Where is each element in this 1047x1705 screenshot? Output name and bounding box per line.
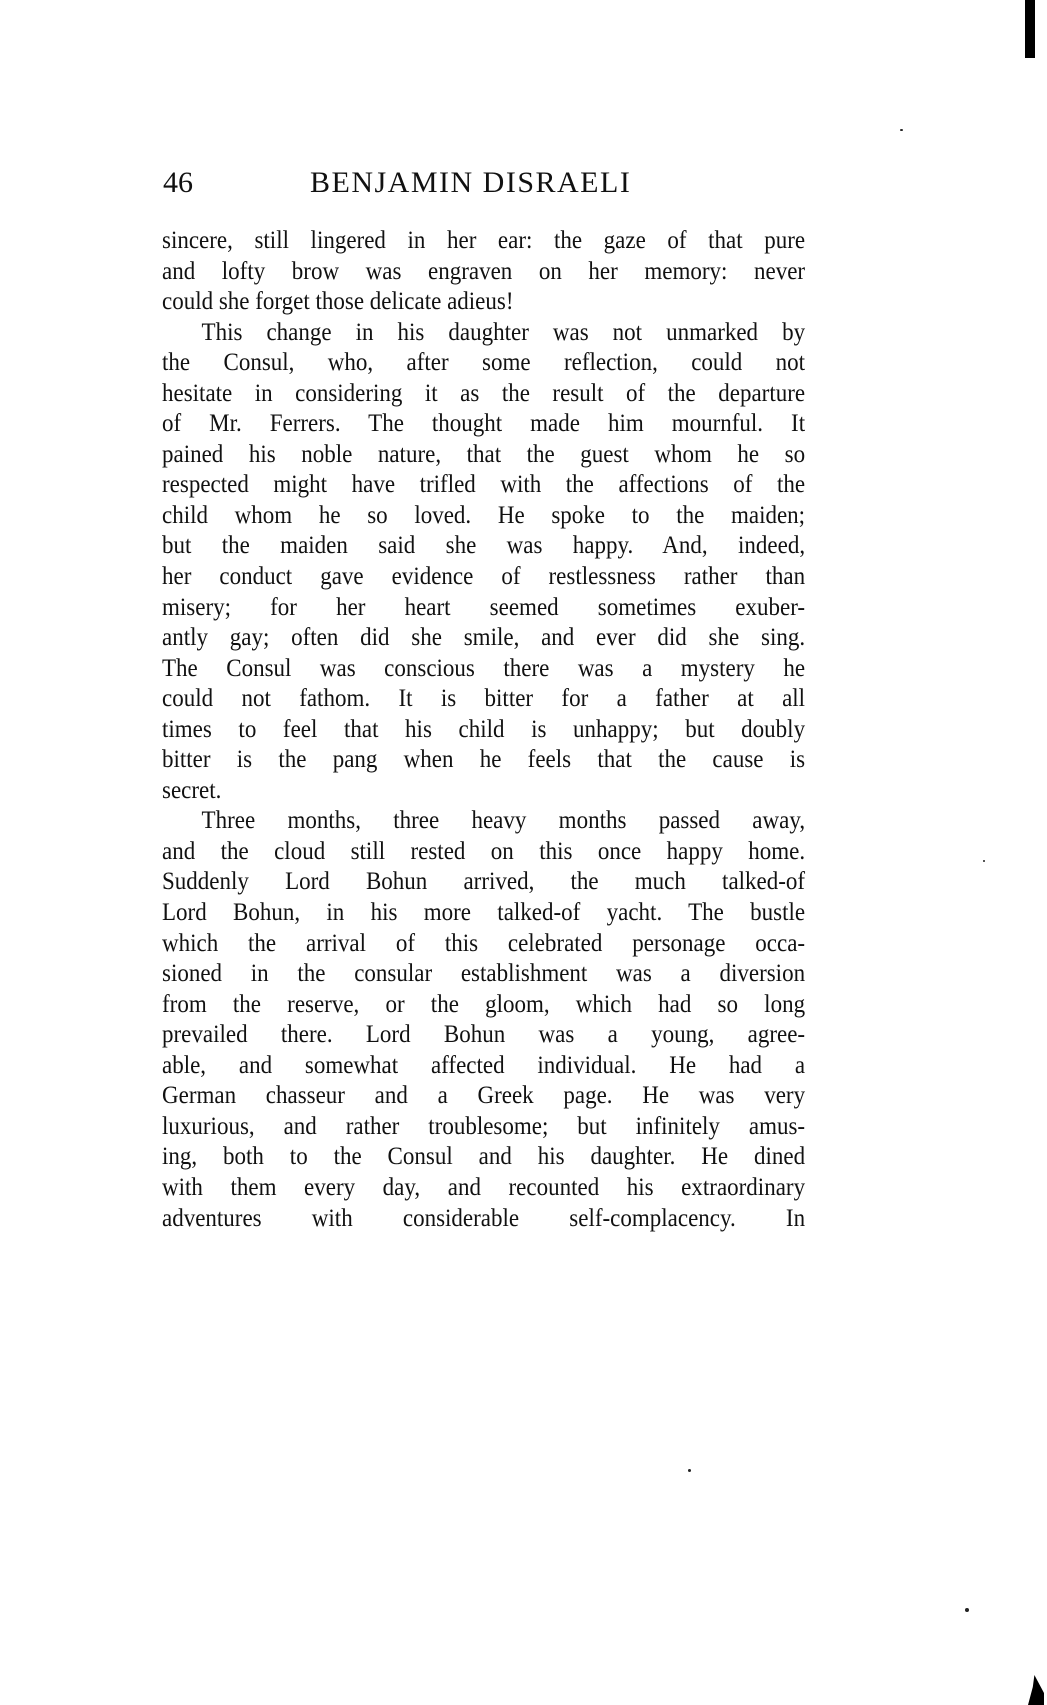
scan-edge-artifact-top bbox=[1025, 0, 1035, 58]
text-line: luxurious, and rather troublesome; but i… bbox=[162, 1112, 805, 1143]
text-line: misery; for her heart seemed sometimes e… bbox=[162, 593, 805, 624]
text-line: the Consul, who, after some reflection, … bbox=[162, 348, 805, 379]
text-line: prevailed there. Lord Bohun was a young,… bbox=[162, 1020, 805, 1051]
text-line: Three months, three heavy months passed … bbox=[162, 806, 805, 837]
text-line: pained his noble nature, that the guest … bbox=[162, 440, 805, 471]
text-line: child whom he so loved. He spoke to the … bbox=[162, 501, 805, 532]
body-text: sincere, still lingered in her ear: the … bbox=[162, 226, 805, 1234]
text-line: her conduct gave evidence of restlessnes… bbox=[162, 562, 805, 593]
text-line: The Consul was conscious there was a mys… bbox=[162, 654, 805, 685]
scan-speck bbox=[965, 1608, 969, 1612]
text-line: with them every day, and recounted his e… bbox=[162, 1173, 805, 1204]
page-number: 46 bbox=[163, 166, 193, 200]
text-line: antly gay; often did she smile, and ever… bbox=[162, 623, 805, 654]
text-line: which the arrival of this celebrated per… bbox=[162, 929, 805, 960]
text-line: from the reserve, or the gloom, which ha… bbox=[162, 990, 805, 1021]
text-line: sioned in the consular establishment was… bbox=[162, 959, 805, 990]
text-line: bitter is the pang when he feels that th… bbox=[162, 745, 805, 776]
scan-speck bbox=[900, 129, 903, 131]
text-line: of Mr. Ferrers. The thought made him mou… bbox=[162, 409, 805, 440]
text-line: adventures with considerable self-compla… bbox=[162, 1204, 805, 1235]
text-line: times to feel that his child is unhappy;… bbox=[162, 715, 805, 746]
text-line: able, and somewhat affected individual. … bbox=[162, 1051, 805, 1082]
text-line: secret. bbox=[162, 776, 805, 807]
text-line: respected might have trifled with the af… bbox=[162, 470, 805, 501]
text-line: German chasseur and a Greek page. He was… bbox=[162, 1081, 805, 1112]
text-line: but the maiden said she was happy. And, … bbox=[162, 531, 805, 562]
text-line: This change in his daughter was not unma… bbox=[162, 318, 805, 349]
text-line: sincere, still lingered in her ear: the … bbox=[162, 226, 805, 257]
text-line: Suddenly Lord Bohun arrived, the much ta… bbox=[162, 867, 805, 898]
scan-speck bbox=[983, 860, 985, 862]
text-line: could she forget those delicate adieus! bbox=[162, 287, 805, 318]
running-head: BENJAMIN DISRAELI bbox=[310, 166, 631, 200]
text-line: ing, both to the Consul and his daughter… bbox=[162, 1142, 805, 1173]
text-line: and the cloud still rested on this once … bbox=[162, 837, 805, 868]
text-line: Lord Bohun, in his more talked-of yacht.… bbox=[162, 898, 805, 929]
scan-edge-artifact-bottom bbox=[1028, 1675, 1044, 1705]
text-line: could not fathom. It is bitter for a fat… bbox=[162, 684, 805, 715]
text-line: and lofty brow was engraven on her memor… bbox=[162, 257, 805, 288]
text-line: hesitate in considering it as the result… bbox=[162, 379, 805, 410]
scan-speck bbox=[688, 1469, 691, 1472]
